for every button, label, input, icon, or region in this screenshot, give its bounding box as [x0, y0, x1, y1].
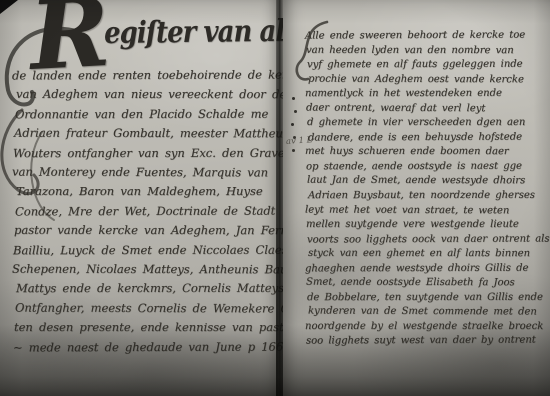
manuscript-line: ghaeghen aende westsyde dhoirs Gillis de — [305, 261, 550, 276]
photo-corner-shadow — [0, 0, 18, 14]
manuscript-line: leyt met het voet van straet, te weten — [305, 203, 550, 219]
manuscript-line: van Adeghem van nieus vereeckent door de — [16, 85, 274, 105]
manuscript-line: voorts soo ligghets oock van daer ontren… — [307, 232, 550, 248]
manuscript-line: Tarazona, Baron van Maldeghem, Huyse — [16, 182, 274, 201]
manuscript-line: op staende, aende oostsyde is naest gge — [306, 160, 550, 175]
manuscript-line: namentlyck in het westendeken ende — [305, 87, 550, 102]
manuscript-line: Bailliu, Luyck de Smet ende Niccolaes Cl… — [13, 240, 274, 260]
manuscript-line: kynderen van de Smet commende met den — [308, 305, 550, 321]
manuscript-line: met huys schueren ende boomen daer — [305, 145, 550, 160]
manuscript-line: de landen ende renten toebehoirende de k… — [12, 66, 274, 86]
manuscript-line: van heeden lyden van den nombre van — [306, 43, 550, 58]
manuscript-line: pastor vande kercke van Adeghem, Jan Fer… — [14, 221, 274, 241]
manuscript-line: Adriaen frateur Gombault, meester Matthe… — [14, 124, 274, 144]
manuscript-line: Alle ende sweeren behoort de kercke toe — [305, 28, 550, 44]
manuscript-line: soo ligghets suyt west van daer by ontre… — [306, 334, 550, 350]
manuscript-line: Schepenen, Nicolaes Matteys, Antheunis B… — [12, 260, 274, 280]
right-page-text: Alle ende sweeren behoort de kercke toev… — [305, 29, 550, 349]
manuscript-line: noordgende by el westgende straelke broe… — [305, 320, 550, 335]
manuscript-line: styck van een ghemet en alf lants binnen — [308, 247, 550, 262]
manuscript-line: Ordonnantie van den Placido Schalde me — [15, 105, 274, 125]
left-page-text: de landen ende renten toebehoirende de k… — [12, 66, 274, 357]
manuscript-line: daer ontrent, waeraf dat verl leyt — [306, 101, 550, 117]
manuscript-line: dandere, ende is een behuysde hofstede — [308, 130, 550, 146]
manuscript-line: Ontfangher, meests Cornelis de Wemekere … — [15, 298, 274, 318]
manuscript-line: mellen suytgende vere westgende lieute — [306, 218, 550, 233]
manuscript-line: van Monterey ende Fuentes, Marquis van — [12, 163, 274, 183]
manuscript-line: prochie van Adeghem oest vande kercke — [308, 72, 550, 87]
margin-ink-dots — [292, 97, 295, 100]
right-page: av 1 L· Alle ende sweeren behoort de ker… — [283, 0, 550, 396]
manuscript-line: Wouters ontfangher van syn Exc. den Grav… — [13, 143, 274, 163]
manuscript-line: ten desen presente, ende kennisse van pa… — [14, 318, 274, 337]
manuscript-line: de Bobbelare, ten suytgende van Gillis e… — [307, 291, 550, 306]
manuscript-line: Smet, aende oostsyde Elisabeth fa Joos — [306, 276, 550, 291]
title-row: R egiſter van alle — [0, 0, 278, 64]
manuscript-line: d ghemete in vier verscheeden dgen aen — [307, 116, 550, 131]
manuscript-line: Condze, Mre der Wet, Doctrinale de Stadt — [15, 201, 274, 221]
manuscript-line: vyf ghemete en alf fauts ggeleggen inde — [307, 58, 550, 73]
manuscript-photo: R egiſter van alle de landen ende renten… — [0, 0, 550, 396]
manuscript-line: ~ mede naest de ghedaude van June p 1660 — [13, 337, 274, 357]
manuscript-line: laut Jan de Smet, aende westsyde dhoirs — [307, 174, 550, 189]
manuscript-line: Adriaen Buysbaut, ten noordzende gherses — [308, 189, 550, 204]
left-page: R egiſter van alle de landen ende renten… — [0, 0, 278, 396]
manuscript-line: Mattys ende de kerckmrs, Cornelis Mattey… — [16, 279, 274, 299]
